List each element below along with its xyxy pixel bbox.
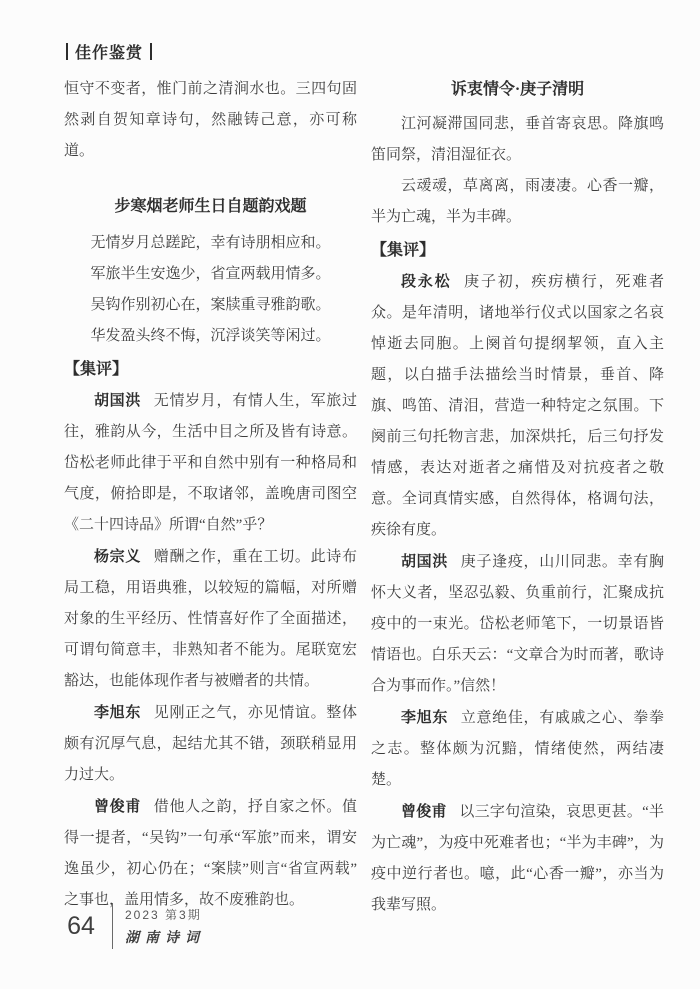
- journal-name: 湖南诗词: [125, 927, 205, 947]
- left-column: 恒守不变者，惟门前之清涧水也。三四句固然剥自贺知章诗句，然融铸己意，亦可称道。 …: [64, 74, 357, 921]
- section-title: 佳作鉴赏: [75, 40, 143, 63]
- poem-line: 华发盈头终不悔，沉浮谈笑等闲过。: [64, 321, 357, 352]
- comment-text: 无情岁月，有情人生，军旅过往，雅韵从今，生活中目之所及皆有诗意。岱松老师此律于平…: [64, 393, 357, 533]
- poem-title-right: 诉衷情令·庚子清明: [371, 74, 664, 105]
- comment-author: 胡国洪: [401, 553, 448, 570]
- comment-author: 曾俊甫: [401, 803, 447, 820]
- issue-info: 2023 第3期: [125, 906, 205, 923]
- comment-author: 段永松: [401, 273, 451, 290]
- comment: 段永松庚子初，疾疠横行，死难者众。是年清明，诸地举行仪式以国家之名哀悼逝去同胞。…: [371, 266, 664, 546]
- right-column: 诉衷情令·庚子清明 江河凝滞国同悲，垂首寄哀思。降旗鸣笛同祭，清泪湿征衣。 云叆…: [371, 74, 664, 921]
- magazine-page: 佳作鉴赏 恒守不变者，惟门前之清涧水也。三四句固然剥自贺知章诗句，然融铸己意，亦…: [0, 0, 700, 989]
- comment-text: 庚子初，疾疠横行，死难者众。是年清明，诸地举行仪式以国家之名哀悼逝去同胞。上阕首…: [371, 274, 664, 538]
- footer-meta: 2023 第3期 湖南诗词: [125, 906, 205, 947]
- poem-line: 军旅半生安逸少，省宣两载用情多。: [64, 259, 357, 290]
- ci-paragraph: 云叆叆，草离离，雨凄凄。心香一瓣，半为亡魂，半为丰碑。: [371, 171, 664, 233]
- ci-paragraph: 江河凝滞国同悲，垂首寄哀思。降旗鸣笛同祭，清泪湿征衣。: [371, 109, 664, 171]
- comment: 胡国洪无情岁月，有情人生，军旅过往，雅韵从今，生活中目之所及皆有诗意。岱松老师此…: [64, 385, 357, 541]
- carryover-paragraph: 恒守不变者，惟门前之清涧水也。三四句固然剥自贺知章诗句，然融铸己意，亦可称道。: [64, 74, 357, 167]
- comment-author: 李旭东: [94, 704, 141, 721]
- comment-text: 借他人之韵，抒自家之怀。值得一提者，“吴钩”一句承“军旅”而来，谓安逸虽少，初心…: [64, 799, 357, 908]
- comment-author: 杨宗义: [94, 548, 141, 565]
- page-footer: 64 2023 第3期 湖南诗词: [56, 903, 205, 949]
- footer-divider: [112, 903, 113, 949]
- comment: 杨宗义赠酬之作，重在工切。此诗布局工稳，用语典雅，以较短的篇幅，对所赠对象的生平…: [64, 541, 357, 697]
- comment: 李旭东见刚正之气，亦见情谊。整体颇有沉厚气息，起结尤其不错，颈联稍显用力过大。: [64, 697, 357, 791]
- comment-author: 曾俊甫: [94, 798, 141, 815]
- comment: 胡国洪庚子逢疫，山川同悲。幸有胸怀大义者，坚忍弘毅、负重前行，汇聚成抗疫中的一束…: [371, 546, 664, 702]
- jiping-label-right: 【集评】: [371, 235, 664, 266]
- comment-text: 赠酬之作，重在工切。此诗布局工稳，用语典雅，以较短的篇幅，对所赠对象的生平经历、…: [64, 549, 357, 689]
- section-header: 佳作鉴赏: [66, 40, 152, 63]
- comment-text: 庚子逢疫，山川同悲。幸有胸怀大义者，坚忍弘毅、负重前行，汇聚成抗疫中的一束光。岱…: [371, 554, 664, 694]
- poem-line: 无情岁月总蹉跎，幸有诗朋相应和。: [64, 228, 357, 259]
- poem-title-left: 步寒烟老师生日自题韵戏题: [64, 191, 357, 222]
- page-number: 64: [56, 912, 106, 941]
- comment: 李旭东立意绝佳，有戚戚之心、拳拳之志。整体颇为沉黯，情绪使然，两结凄楚。: [371, 702, 664, 796]
- content-columns: 恒守不变者，惟门前之清涧水也。三四句固然剥自贺知章诗句，然融铸己意，亦可称道。 …: [64, 74, 664, 921]
- poem-line: 吴钩作别初心在，案牍重寻雅韵歌。: [64, 290, 357, 321]
- jiping-label-left: 【集评】: [64, 354, 357, 385]
- comment: 曾俊甫以三字句渲染，哀思更甚。“半为亡魂”，为疫中死难者也；“半为丰碑”，为疫中…: [371, 796, 664, 921]
- comment: 曾俊甫借他人之韵，抒自家之怀。值得一提者，“吴钩”一句承“军旅”而来，谓安逸虽少…: [64, 791, 357, 916]
- comment-text: 以三字句渲染，哀思更甚。“半为亡魂”，为疫中死难者也；“半为丰碑”，为疫中逆行者…: [371, 804, 664, 913]
- comment-author: 李旭东: [401, 709, 448, 726]
- header-bar-right-icon: [150, 43, 152, 60]
- comment-author: 胡国洪: [94, 392, 141, 409]
- header-bar-left-icon: [66, 43, 68, 60]
